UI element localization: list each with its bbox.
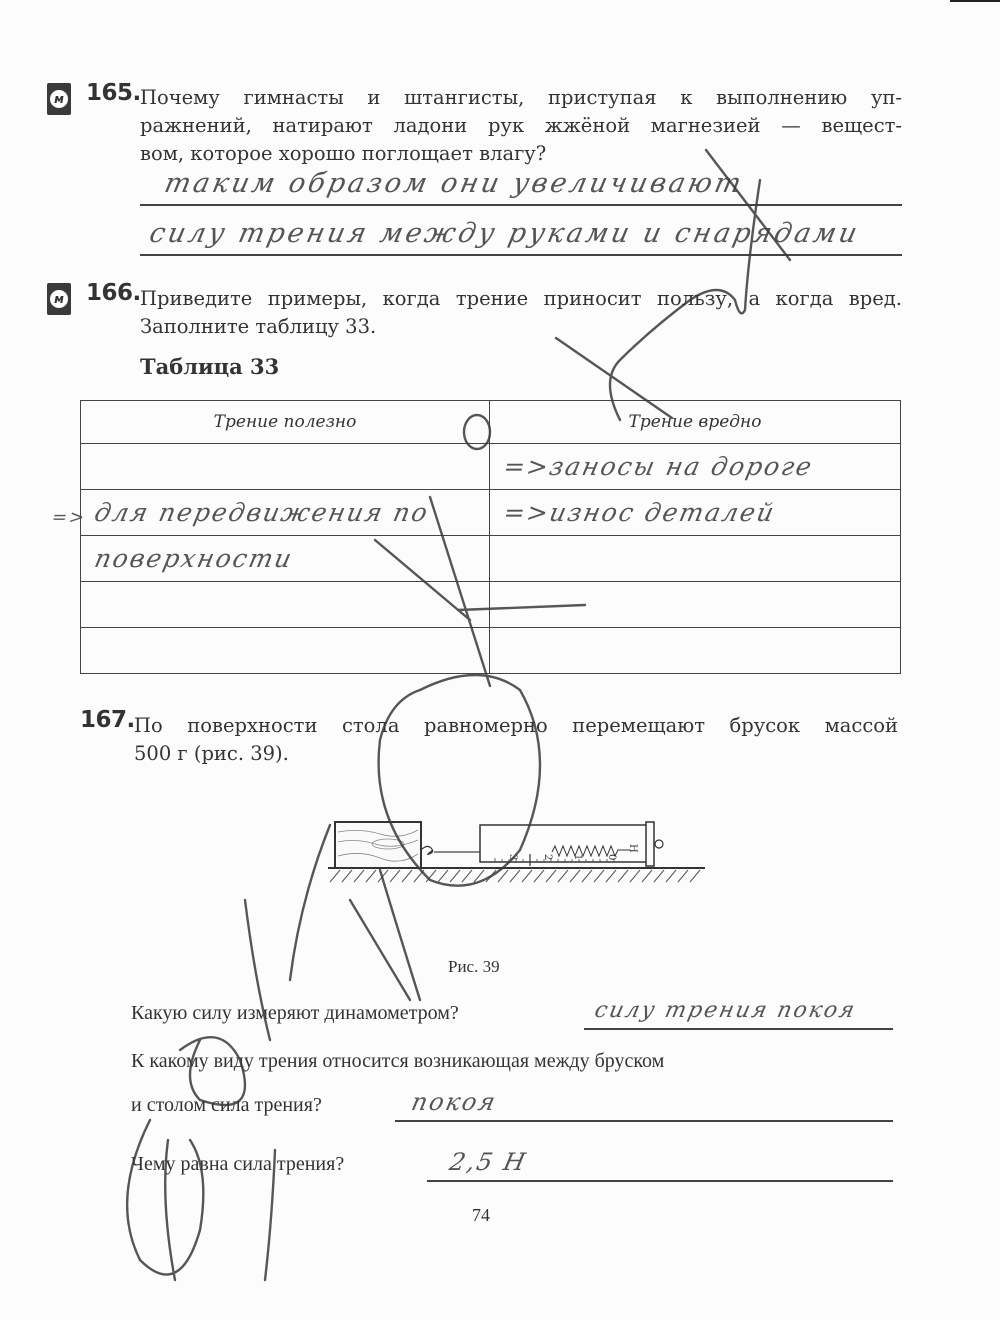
cell-text: для передвижения по	[92, 498, 432, 527]
answer-line[interactable]	[584, 1028, 893, 1030]
table-row	[81, 628, 901, 674]
table-cell[interactable]	[81, 444, 490, 490]
dynamometer-figure: 3 2 1 0 Н	[320, 810, 710, 890]
answer-165-line-1: таким образом они увеличивают	[162, 168, 747, 199]
task-166-question: Приведите примеры, когда трение приносит…	[140, 285, 902, 341]
page-edge-mark	[950, 0, 1000, 2]
table-row	[81, 582, 901, 628]
table-cell[interactable]	[490, 582, 901, 628]
question-line: По поверхности стола равномерно перемеща…	[134, 712, 898, 740]
question-line: вом, которое хорошо поглощает влагу?	[140, 140, 902, 168]
answer-line[interactable]	[395, 1120, 893, 1122]
table-cell[interactable]: для передвижения по	[81, 490, 490, 536]
answer-line	[140, 254, 902, 256]
answer-167-3: 2,5 Н	[447, 1148, 530, 1176]
task-number-166: 166.	[86, 280, 141, 306]
m-badge-icon: м	[47, 83, 71, 115]
friction-table: Трение полезно Трение вредно =>заносы на…	[80, 400, 901, 674]
header-harmful: Трение вредно	[490, 401, 901, 444]
m-badge-icon: м	[47, 283, 71, 315]
answer-165-line-2: силу трения между руками и снарядами	[147, 218, 863, 249]
table-row: поверхности	[81, 536, 901, 582]
scale-label: Н	[627, 844, 638, 853]
scale-label: 0	[606, 854, 617, 860]
question-167-2b: и столом сила трения?	[131, 1094, 322, 1117]
header-useful: Трение полезно	[81, 401, 490, 444]
badge-letter: м	[50, 90, 68, 108]
scale-label: 3	[507, 854, 518, 860]
task-number-167: 167.	[80, 707, 135, 733]
cell-text: =>заносы на дороге	[501, 452, 816, 481]
table-cell[interactable]: =>износ деталей	[490, 490, 901, 536]
question-line: Заполните таблицу 33.	[140, 313, 902, 341]
cell-text: =>износ деталей	[501, 498, 778, 527]
task-167-question: По поверхности стола равномерно перемеща…	[134, 712, 898, 768]
question-line: Почему гимнасты и штангисты, приступая к…	[140, 84, 902, 112]
scale-label: 2	[542, 854, 553, 860]
question-line: Приведите примеры, когда трение приносит…	[140, 285, 902, 313]
table-cell[interactable]	[490, 628, 901, 674]
table-cell[interactable]	[81, 582, 490, 628]
page-number: 74	[472, 1205, 490, 1226]
table-title: Таблица 33	[140, 354, 279, 379]
question-167-2a: К какому виду трения относится возникающ…	[131, 1050, 664, 1073]
table-cell[interactable]: =>заносы на дороге	[490, 444, 901, 490]
badge-letter: м	[50, 290, 68, 308]
task-165-question: Почему гимнасты и штангисты, приступая к…	[140, 84, 902, 168]
question-line: ражнений, натирают ладони рук жжёной маг…	[140, 112, 902, 140]
table-header-row: Трение полезно Трение вредно	[81, 401, 901, 444]
question-line: 500 г (рис. 39).	[134, 740, 898, 768]
task-number-165: 165.	[86, 80, 141, 106]
answer-167-1: силу трения покоя	[592, 998, 858, 1023]
question-167-3: Чему равна сила трения?	[131, 1153, 344, 1176]
figure-caption: Рис. 39	[448, 957, 500, 977]
answer-line[interactable]	[427, 1180, 893, 1182]
question-167-1: Какую силу измеряют динамометром?	[131, 1002, 459, 1025]
answer-line	[140, 204, 902, 206]
cell-text: поверхности	[92, 544, 296, 573]
answer-167-2: покоя	[409, 1088, 500, 1116]
table-row: =>заносы на дороге	[81, 444, 901, 490]
table-cell[interactable]	[81, 628, 490, 674]
table-row: для передвижения по =>износ деталей	[81, 490, 901, 536]
table-cell[interactable]: поверхности	[81, 536, 490, 582]
table-cell[interactable]	[490, 536, 901, 582]
scale-label: 1	[572, 854, 583, 860]
